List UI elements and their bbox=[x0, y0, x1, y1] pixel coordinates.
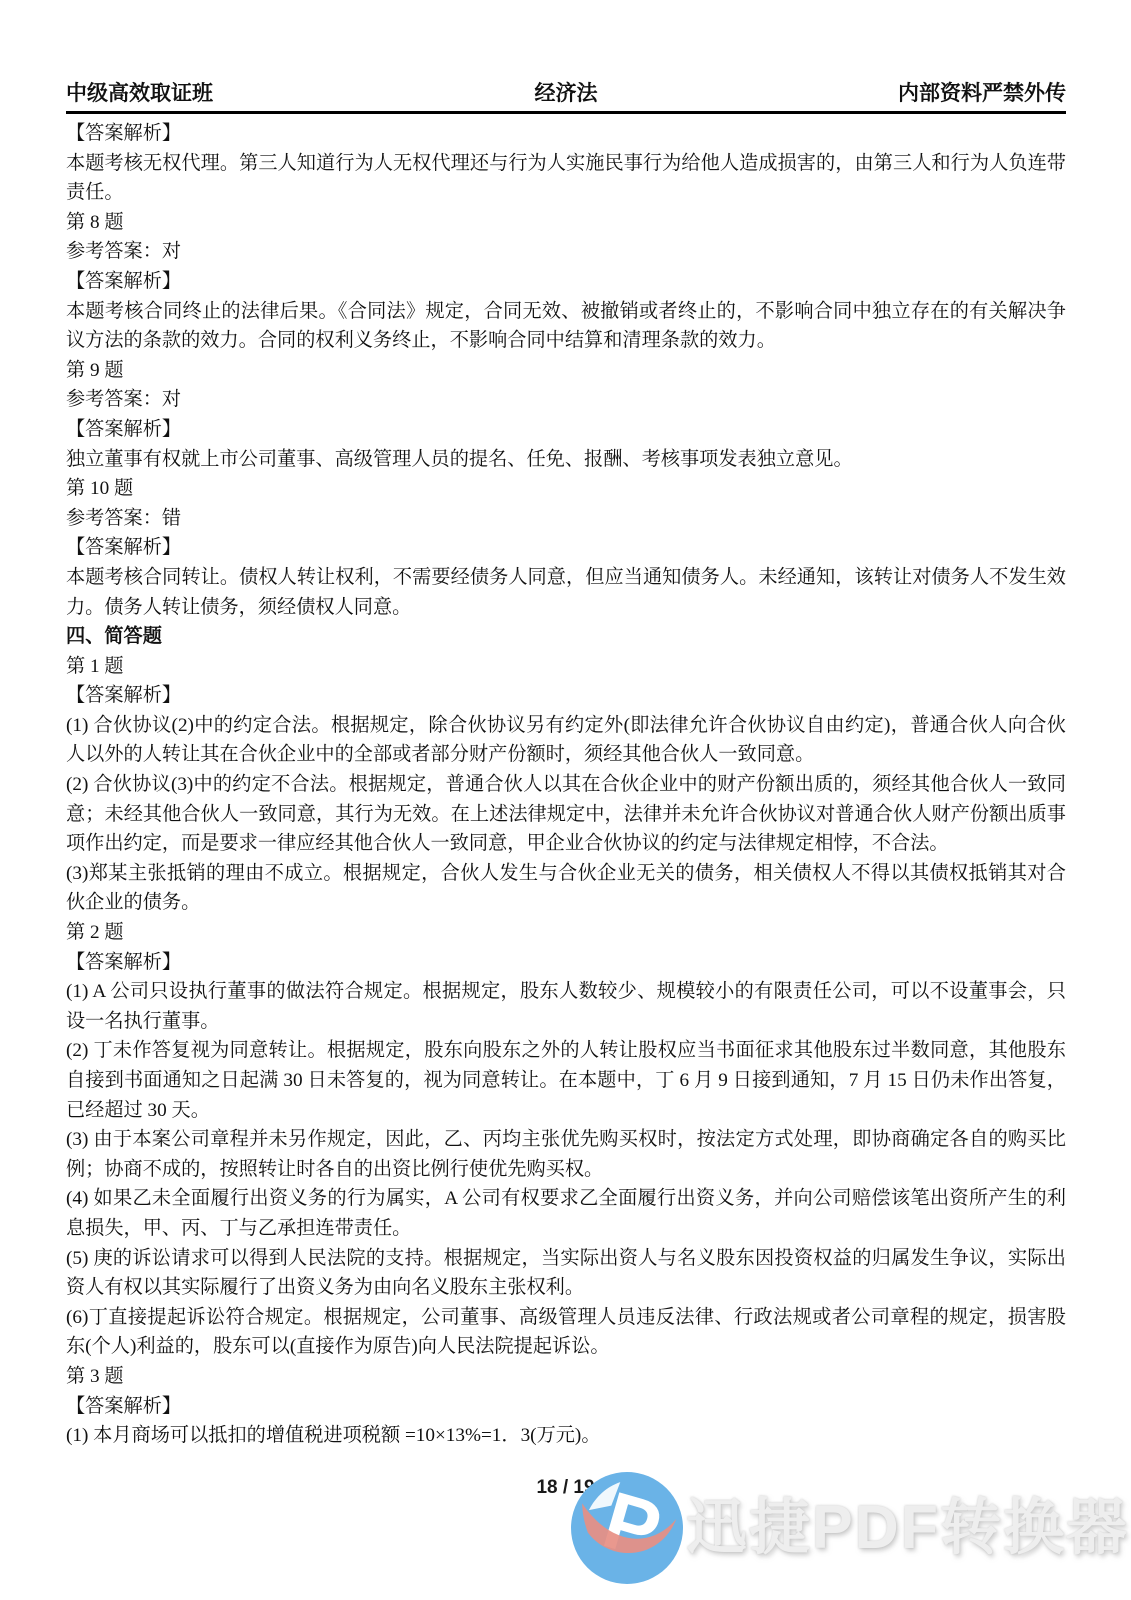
section-heading: 四、简答题 bbox=[66, 622, 1066, 652]
paragraph: (1) A 公司只设执行董事的做法符合规定。根据规定，股东人数较少、规模较小的有… bbox=[66, 977, 1066, 1036]
paragraph: (3) 由于本案公司章程并未另作规定，因此，乙、丙均主张优先购买权时，按法定方式… bbox=[66, 1125, 1066, 1184]
paragraph: (6)丁直接提起诉讼符合规定。根据规定，公司董事、高级管理人员违反法律、行政法规… bbox=[66, 1303, 1066, 1362]
header-confidential-notice: 内部资料严禁外传 bbox=[733, 82, 1066, 106]
reference-answer: 参考答案：对 bbox=[66, 385, 1066, 415]
paragraph: (2) 合伙协议(3)中的约定不合法。根据规定，普通合伙人以其在合伙企业中的财产… bbox=[66, 770, 1066, 859]
answer-analysis-label: 【答案解析】 bbox=[66, 267, 1066, 297]
answer-analysis-label: 【答案解析】 bbox=[66, 948, 1066, 978]
answer-analysis-label: 【答案解析】 bbox=[66, 681, 1066, 711]
paragraph: (1) 本月商场可以抵扣的增值税进项税额 =10×13%=1．3(万元)。 bbox=[66, 1421, 1066, 1451]
paragraph: (2) 丁未作答复视为同意转让。根据规定，股东向股东之外的人转让股权应当书面征求… bbox=[66, 1036, 1066, 1125]
reference-answer: 参考答案：错 bbox=[66, 504, 1066, 534]
page-header: 中级高效取证班 经济法 内部资料严禁外传 bbox=[66, 82, 1066, 114]
question-number: 第 1 题 bbox=[66, 652, 1066, 682]
answer-analysis-label: 【答案解析】 bbox=[66, 119, 1066, 149]
paragraph: 本题考核合同转让。债权人转让权利，不需要经债务人同意，但应当通知债务人。未经通知… bbox=[66, 563, 1066, 622]
document-body: 【答案解析】本题考核无权代理。第三人知道行为人无权代理还与行为人实施民事行为给他… bbox=[66, 119, 1066, 1451]
answer-analysis-label: 【答案解析】 bbox=[66, 415, 1066, 445]
question-number: 第 3 题 bbox=[66, 1362, 1066, 1392]
paragraph: (5) 庚的诉讼请求可以得到人民法院的支持。根据规定，当实际出资人与名义股东因投… bbox=[66, 1244, 1066, 1303]
question-number: 第 10 题 bbox=[66, 474, 1066, 504]
watermark-text: 迅捷PDF转换器 bbox=[686, 1492, 1129, 1562]
paragraph: (1) 合伙协议(2)中的约定合法。根据规定，除合伙协议另有约定外(即法律允许合… bbox=[66, 711, 1066, 770]
reference-answer: 参考答案：对 bbox=[66, 237, 1066, 267]
paragraph: 独立董事有权就上市公司董事、高级管理人员的提名、任免、报酬、考核事项发表独立意见… bbox=[66, 445, 1066, 475]
answer-analysis-label: 【答案解析】 bbox=[66, 1392, 1066, 1422]
paragraph: (3)郑某主张抵销的理由不成立。根据规定，合伙人发生与合伙企业无关的债务，相关债… bbox=[66, 859, 1066, 918]
question-number: 第 8 题 bbox=[66, 208, 1066, 238]
pdf-converter-logo-icon: P bbox=[571, 1472, 683, 1584]
question-number: 第 2 题 bbox=[66, 918, 1066, 948]
question-number: 第 9 题 bbox=[66, 356, 1066, 386]
paragraph: 本题考核无权代理。第三人知道行为人无权代理还与行为人实施民事行为给他人造成损害的… bbox=[66, 149, 1066, 208]
paragraph: (4) 如果乙未全面履行出资义务的行为属实，A 公司有权要求乙全面履行出资义务，… bbox=[66, 1184, 1066, 1243]
document-page: 中级高效取证班 经济法 内部资料严禁外传 【答案解析】本题考核无权代理。第三人知… bbox=[0, 0, 1131, 1600]
answer-analysis-label: 【答案解析】 bbox=[66, 533, 1066, 563]
header-course-title: 中级高效取证班 bbox=[66, 82, 399, 106]
paragraph: 本题考核合同终止的法律后果。《合同法》规定，合同无效、被撤销或者终止的，不影响合… bbox=[66, 297, 1066, 356]
header-subject: 经济法 bbox=[399, 82, 732, 106]
